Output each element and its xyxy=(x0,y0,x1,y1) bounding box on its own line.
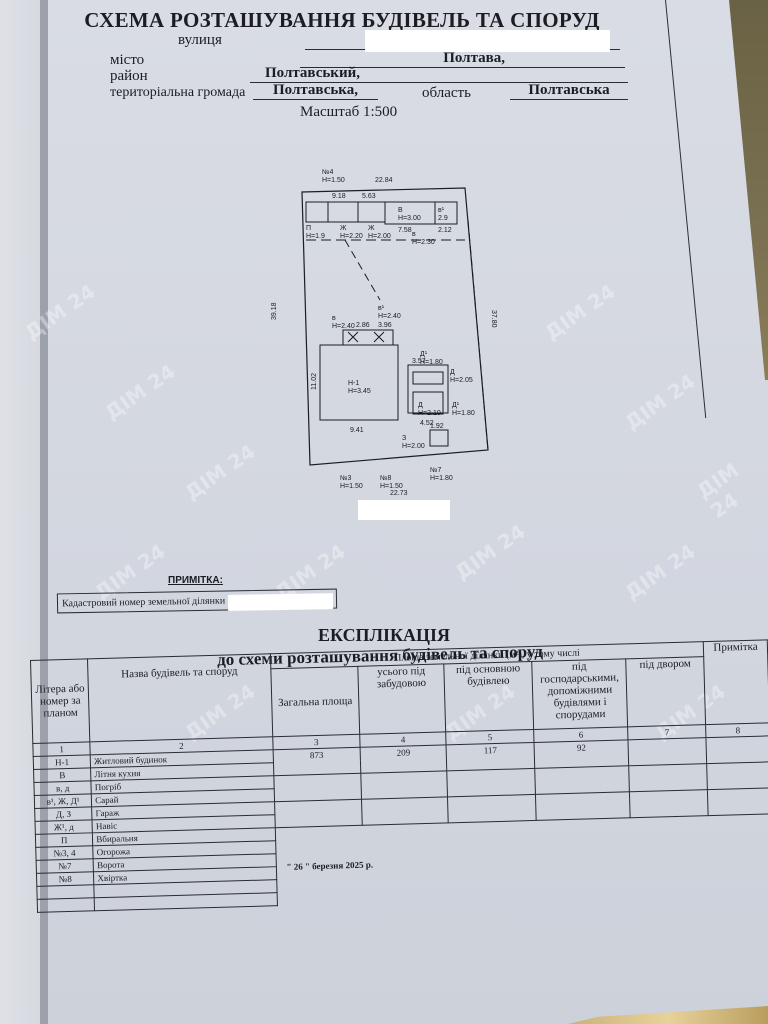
plan-label-height: Н=3.00 xyxy=(398,215,421,222)
plan-label-height: Н=1.50 xyxy=(380,483,403,490)
plan-label-id: №4 xyxy=(322,169,334,176)
street-label: вулиця xyxy=(178,32,222,49)
plan-label-id: П xyxy=(306,225,311,232)
area-auxiliary: 92 xyxy=(534,740,629,769)
redacted-street xyxy=(365,30,610,52)
header-letter: Літера або номер за планом xyxy=(31,659,91,744)
community-label: територіальна громада xyxy=(110,85,245,101)
plan-label-id: З xyxy=(402,435,406,442)
plan-label-height: Н=2.40 xyxy=(378,313,401,320)
header-yard: під двором xyxy=(626,657,706,727)
plan-dimension: 39.18 xyxy=(271,302,278,320)
redacted-plan-label xyxy=(358,500,450,520)
region-value: Полтавська xyxy=(510,82,628,100)
plan-label-id: В xyxy=(398,207,403,214)
plan-dimension: 1.92 xyxy=(430,423,444,430)
document-date: " 26 " березня 2025 р. xyxy=(275,814,768,906)
plan-dimension: 3.96 xyxy=(378,322,392,329)
plan-label-height: Н=2.05 xyxy=(450,377,473,384)
plan-label-height: Н=1.50 xyxy=(322,177,345,184)
plan-label-id: Д¹ xyxy=(452,402,460,409)
plan-label-id: в xyxy=(332,315,336,322)
plan-label-height: Н=2.10 xyxy=(418,410,441,417)
plan-label-id: Ж xyxy=(368,225,375,232)
note-title: ПРИМІТКА: xyxy=(168,575,223,586)
plan-label-height: Н=1.80 xyxy=(430,475,453,482)
plan-label-height: Н=1.9 xyxy=(306,233,325,240)
plan-dimension: 37.80 xyxy=(490,310,497,328)
site-plan-drawing: №4Н=1.50ПН=1.9ЖН=2.20ЖН=2.00ВН=3.00в¹2.9… xyxy=(270,160,520,500)
plan-label-height: 2.9 xyxy=(438,215,448,222)
district-label: район xyxy=(110,68,148,85)
row-letter xyxy=(37,898,95,913)
plan-label-height: Н=3.45 xyxy=(348,388,371,395)
area-main: 117 xyxy=(446,742,535,770)
plan-label-id: №3 xyxy=(340,475,352,482)
plan-label-id: Н-1 xyxy=(348,380,359,387)
plan-dimension: 7.58 xyxy=(398,227,412,234)
plan-dimension: 3.57 xyxy=(412,358,426,365)
area-note xyxy=(706,736,768,764)
plan-dimension: 9.41 xyxy=(350,427,364,434)
plan-label-height: Н=2.20 xyxy=(340,233,363,240)
city-label: місто xyxy=(110,52,144,69)
region-label: область xyxy=(422,85,471,102)
header-total: Загальна площа xyxy=(270,666,360,736)
district-value: Полтавський, xyxy=(250,65,628,83)
plan-label-id: №7 xyxy=(430,467,442,474)
scale-label: Масштаб 1:500 xyxy=(300,104,397,121)
header-note: Примітка xyxy=(704,640,768,725)
cadastral-label: Кадастровий номер земельної ділянки - xyxy=(62,595,231,609)
plan-label-height: Н=2.00 xyxy=(368,233,391,240)
plan-label-id: в¹ xyxy=(378,305,385,312)
area-built: 209 xyxy=(360,745,446,773)
plan-label-height: Н=1.80 xyxy=(452,410,475,417)
plan-label-id: Д xyxy=(418,402,423,409)
redacted-cadastral xyxy=(228,593,333,611)
header-built: усього під забудовою xyxy=(358,664,446,734)
plan-label-height: Н=2.40 xyxy=(332,323,355,330)
plan-label-id: Ж xyxy=(340,225,347,232)
community-value: Полтавська, xyxy=(253,82,378,100)
header-auxiliary: під господарськими, допоміжними будівлям… xyxy=(532,659,628,730)
plan-dimension: 2.86 xyxy=(356,322,370,329)
plan-label-id: в xyxy=(412,231,416,238)
plan-dimension: 5.63 xyxy=(362,193,376,200)
header-main: під основною будівлею xyxy=(444,661,534,731)
plan-label-height: Н=2.00 xyxy=(402,443,425,450)
area-total: 873 xyxy=(273,747,361,775)
plan-dimension: 22.73 xyxy=(390,490,408,497)
plan-label-height: Н=2.30 xyxy=(412,239,435,246)
plan-dimension: 2.12 xyxy=(438,227,452,234)
plan-dimension: 9.18 xyxy=(332,193,346,200)
explication-table: Літера або номер за планом Назва будівел… xyxy=(30,639,768,959)
header-name: Назва будівель та споруд xyxy=(88,654,273,742)
plan-label-id: №8 xyxy=(380,475,392,482)
plan-label-height: Н=1.50 xyxy=(340,483,363,490)
plan-label-id: Д¹ xyxy=(420,351,428,358)
plan-label-id: Д xyxy=(450,369,455,376)
plan-dimension: 22.84 xyxy=(375,177,393,184)
plan-label-id: в¹ xyxy=(438,207,445,214)
area-yard xyxy=(628,738,707,766)
plan-dimension: 11.02 xyxy=(311,373,318,390)
